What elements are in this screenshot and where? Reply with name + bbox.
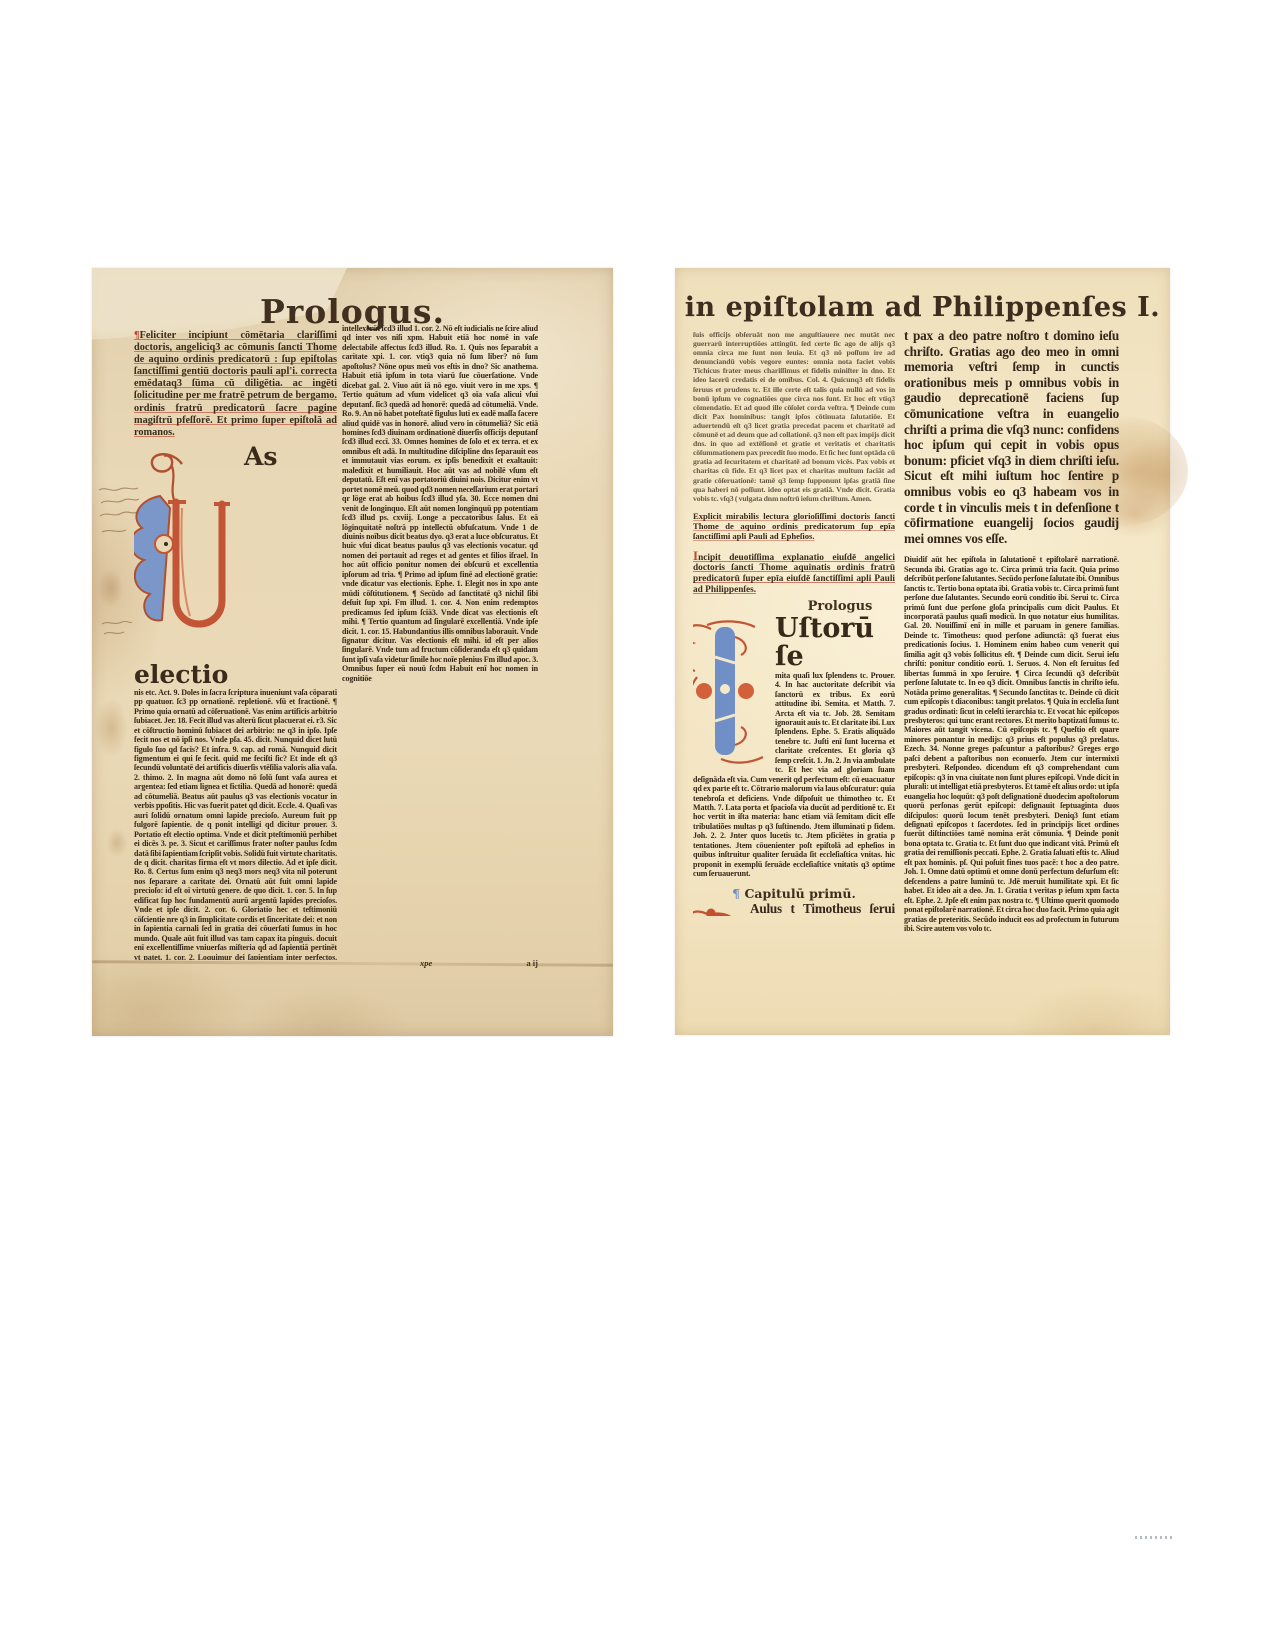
illuminated-initial-i (693, 617, 769, 767)
marginalia-scribble-icon (96, 484, 142, 550)
scan-artifact-dots (1135, 1536, 1175, 1539)
left-column-1: ¶Feliciter incipiunt cōmētaria clariſſim… (134, 330, 337, 960)
illuminated-initial-v (134, 448, 238, 660)
scripture-large-text: t pax a deo patre noſtro t domino ieſu c… (904, 328, 1119, 546)
handwritten-marginalia (96, 484, 142, 550)
initial-i-artwork (693, 617, 769, 767)
justorum-section: Uſtorū ſe mita quaſi lux ſplendens tc. P… (693, 615, 895, 879)
left-page-scan: Prologus. ¶Feliciter incipiunt cōmētaria… (92, 268, 613, 1036)
incipit-paragraph: ¶Feliciter incipiunt cōmētaria clariſſim… (134, 330, 337, 439)
foxing-stain (94, 698, 128, 758)
handwritten-marginalia (100, 616, 134, 642)
blue-paragraph-mark: ¶ (732, 886, 740, 901)
left-column-2: intellexerūt ſcd3 illud 1. cor. 2. Nō eſ… (342, 324, 538, 958)
continuation-text: ſuis officijs obſeruāt non me anguſtiaue… (693, 330, 895, 503)
foxing-stain (106, 828, 128, 858)
initial-p-artwork: p (693, 903, 745, 916)
scan-canvas: { "left_page": { "header": "Prologus.", … (0, 0, 1264, 1641)
illuminated-initial-p: p (693, 903, 745, 916)
column1-body-text: hominū ſubiacet dei arbitrio: ne q3 in i… (134, 726, 337, 960)
initial-v-artwork (134, 448, 238, 660)
paulus-verse: p Aulus t Timotheus ſerui ieſu chriſti o… (693, 901, 895, 916)
capitulum-heading: ¶ Capitulū primū. (693, 886, 895, 901)
justorum-heading: Uſtorū ſe (775, 613, 874, 672)
lectio-section: As electio nis etc. Act. 9. Doles in ſac… (134, 444, 337, 960)
right-page-scan: in epiſtolam ad Philippenſes I. ſuis off… (675, 268, 1170, 1035)
marginalia-scribble-icon (100, 616, 134, 642)
incipit-text: Feliciter incipiunt cōmētaria clariſſimi… (134, 330, 337, 438)
explicit-paragraph: Explicit mirabilis lectura glorioſiſſimi… (693, 512, 895, 542)
foxing-stain (98, 568, 124, 608)
paulus-verse-text: Aulus t Timotheus ſerui ieſu chriſti omn… (750, 901, 895, 916)
right-column-1: ſuis officijs obſeruāt non me anguſtiaue… (693, 330, 895, 916)
prologus-label: Prologus (693, 599, 895, 614)
commentary-text: Diuidif aūt hec epiſtola in ſalutationē … (904, 555, 1119, 933)
page-title-philippenses: in epiſtolam ad Philippenſes I. (675, 292, 1170, 323)
right-column-2: t pax a deo patre noſtro t domino ieſu c… (904, 328, 1119, 940)
capitulum-heading-text: Capitulū primū. (744, 886, 855, 901)
incipit-philippenses-text: ncipit deuotiſſima explanatio eiuſdē ang… (693, 553, 895, 595)
incipit-philippenses-paragraph: Incipit deuotiſſima explanatio eiuſdē an… (693, 551, 895, 596)
